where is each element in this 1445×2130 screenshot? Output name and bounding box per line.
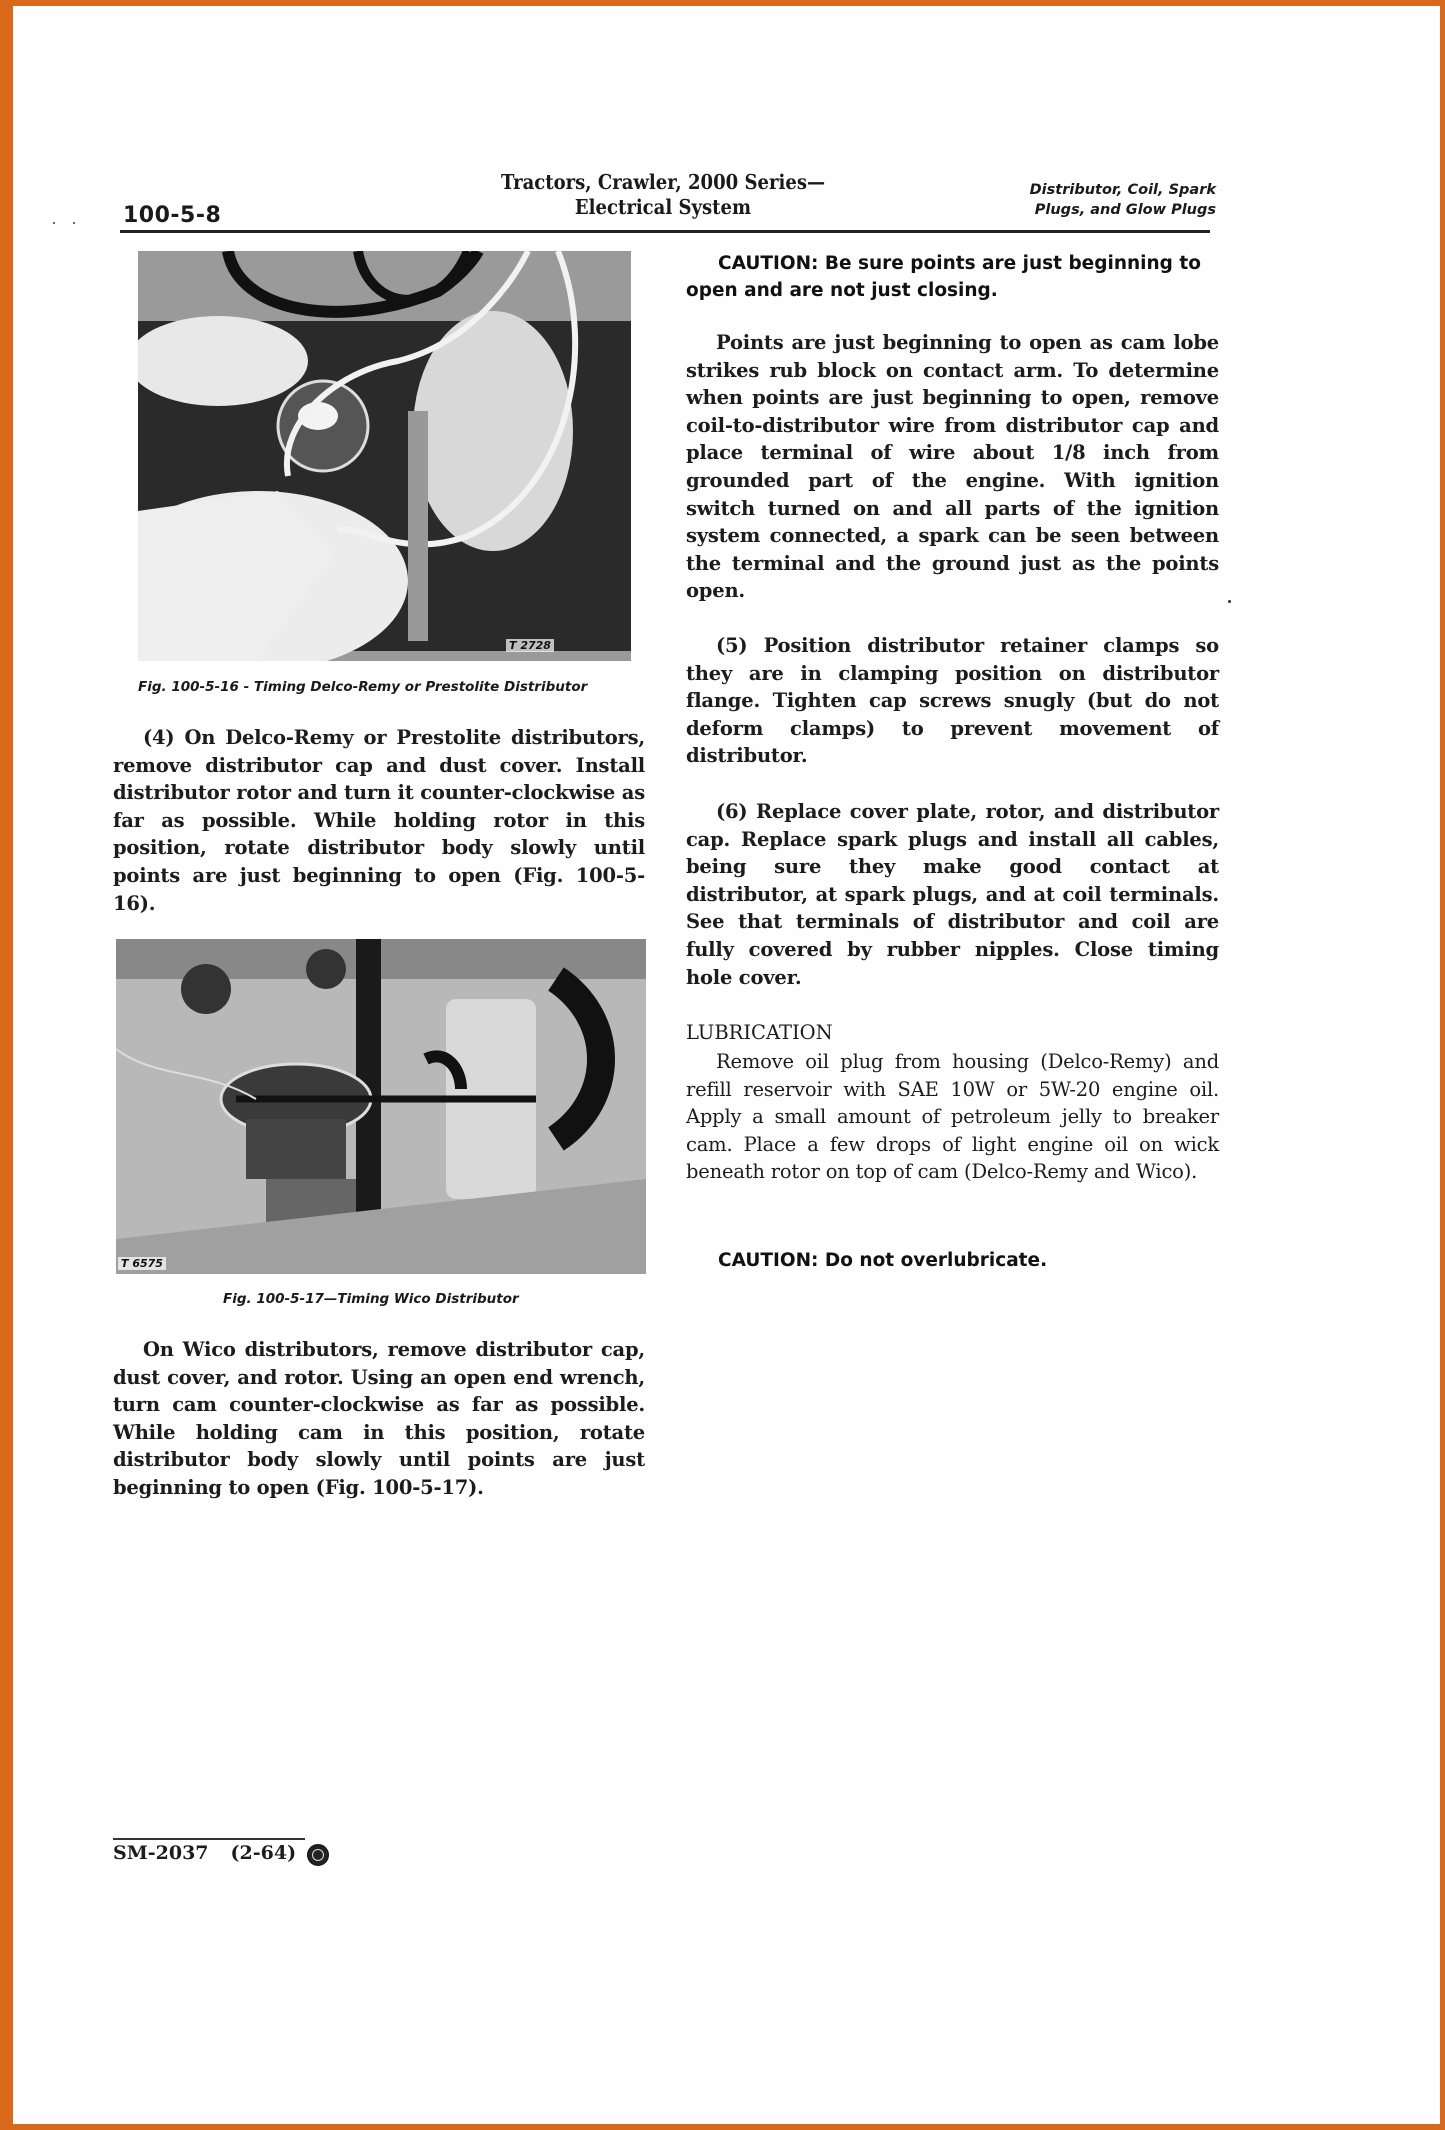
section-line-1: Distributor, Coil, Spark xyxy=(913,180,1216,200)
title-line-2: Electrical System xyxy=(469,195,856,220)
photo-illustration-icon xyxy=(138,251,631,661)
points-explanation-paragraph: Points are just beginning to open as cam… xyxy=(686,329,1219,605)
lubrication-heading: LUBRICATION xyxy=(686,1021,833,1044)
figure-caption: Fig. 100-5-16 - Timing Delco-Remy or Pre… xyxy=(138,679,587,695)
step-5-paragraph: (5) Position distributor retainer clamps… xyxy=(686,632,1219,770)
step-6-text: (6) Replace cover plate, rotor, and dist… xyxy=(686,800,1219,989)
manual-page: 100-5-8 Tractors, Crawler, 2000 Series— … xyxy=(13,6,1440,2124)
photo-code: T 6575 xyxy=(118,1257,166,1270)
scan-speck xyxy=(1228,600,1231,603)
section-line-2: Plugs, and Glow Plugs xyxy=(913,200,1216,220)
scan-speck xyxy=(73,222,75,224)
photo-code: T 2728 xyxy=(506,639,554,652)
caution-overlubricate-note: CAUTION: Do not overlubricate. xyxy=(718,1247,1047,1274)
wico-text: On Wico distributors, remove distributor… xyxy=(113,1338,645,1499)
lubrication-paragraph: Remove oil plug from housing (Delco-Remy… xyxy=(686,1048,1219,1186)
scan-speck xyxy=(53,222,55,224)
step-4-paragraph: (4) On Delco-Remy or Prestolite distribu… xyxy=(113,724,645,917)
title-line-1: Tractors, Crawler, 2000 Series— xyxy=(469,170,856,195)
points-explanation-text: Points are just beginning to open as cam… xyxy=(686,331,1219,602)
figure-photo-timing-delco-remy: T 2728 xyxy=(138,251,631,661)
step-6-paragraph: (6) Replace cover plate, rotor, and dist… xyxy=(686,798,1219,991)
union-label-icon xyxy=(307,1844,329,1866)
footer-code: SM-2037(2-64) xyxy=(113,1842,296,1864)
caution-points-note: CAUTION: Be sure points are just beginni… xyxy=(686,250,1226,304)
caution-text: CAUTION: Be sure points are just beginni… xyxy=(686,253,1201,301)
date-code: (2-64) xyxy=(231,1842,297,1864)
lubrication-text: Remove oil plug from housing (Delco-Remy… xyxy=(686,1050,1219,1183)
step-4-text: (4) On Delco-Remy or Prestolite distribu… xyxy=(113,726,645,915)
footer-divider xyxy=(113,1838,305,1840)
page-number: 100-5-8 xyxy=(123,203,221,228)
wico-paragraph: On Wico distributors, remove distributor… xyxy=(113,1336,645,1502)
figure-photo-timing-wico: T 6575 xyxy=(116,939,646,1274)
header-divider xyxy=(120,230,1210,233)
page-title: Tractors, Crawler, 2000 Series— Electric… xyxy=(469,170,856,220)
step-5-text: (5) Position distributor retainer clamps… xyxy=(686,634,1219,767)
manual-code: SM-2037 xyxy=(113,1842,209,1864)
photo-illustration-icon xyxy=(116,939,646,1274)
section-title: Distributor, Coil, Spark Plugs, and Glow… xyxy=(913,180,1216,220)
figure-caption: Fig. 100-5-17—Timing Wico Distributor xyxy=(223,1291,519,1307)
